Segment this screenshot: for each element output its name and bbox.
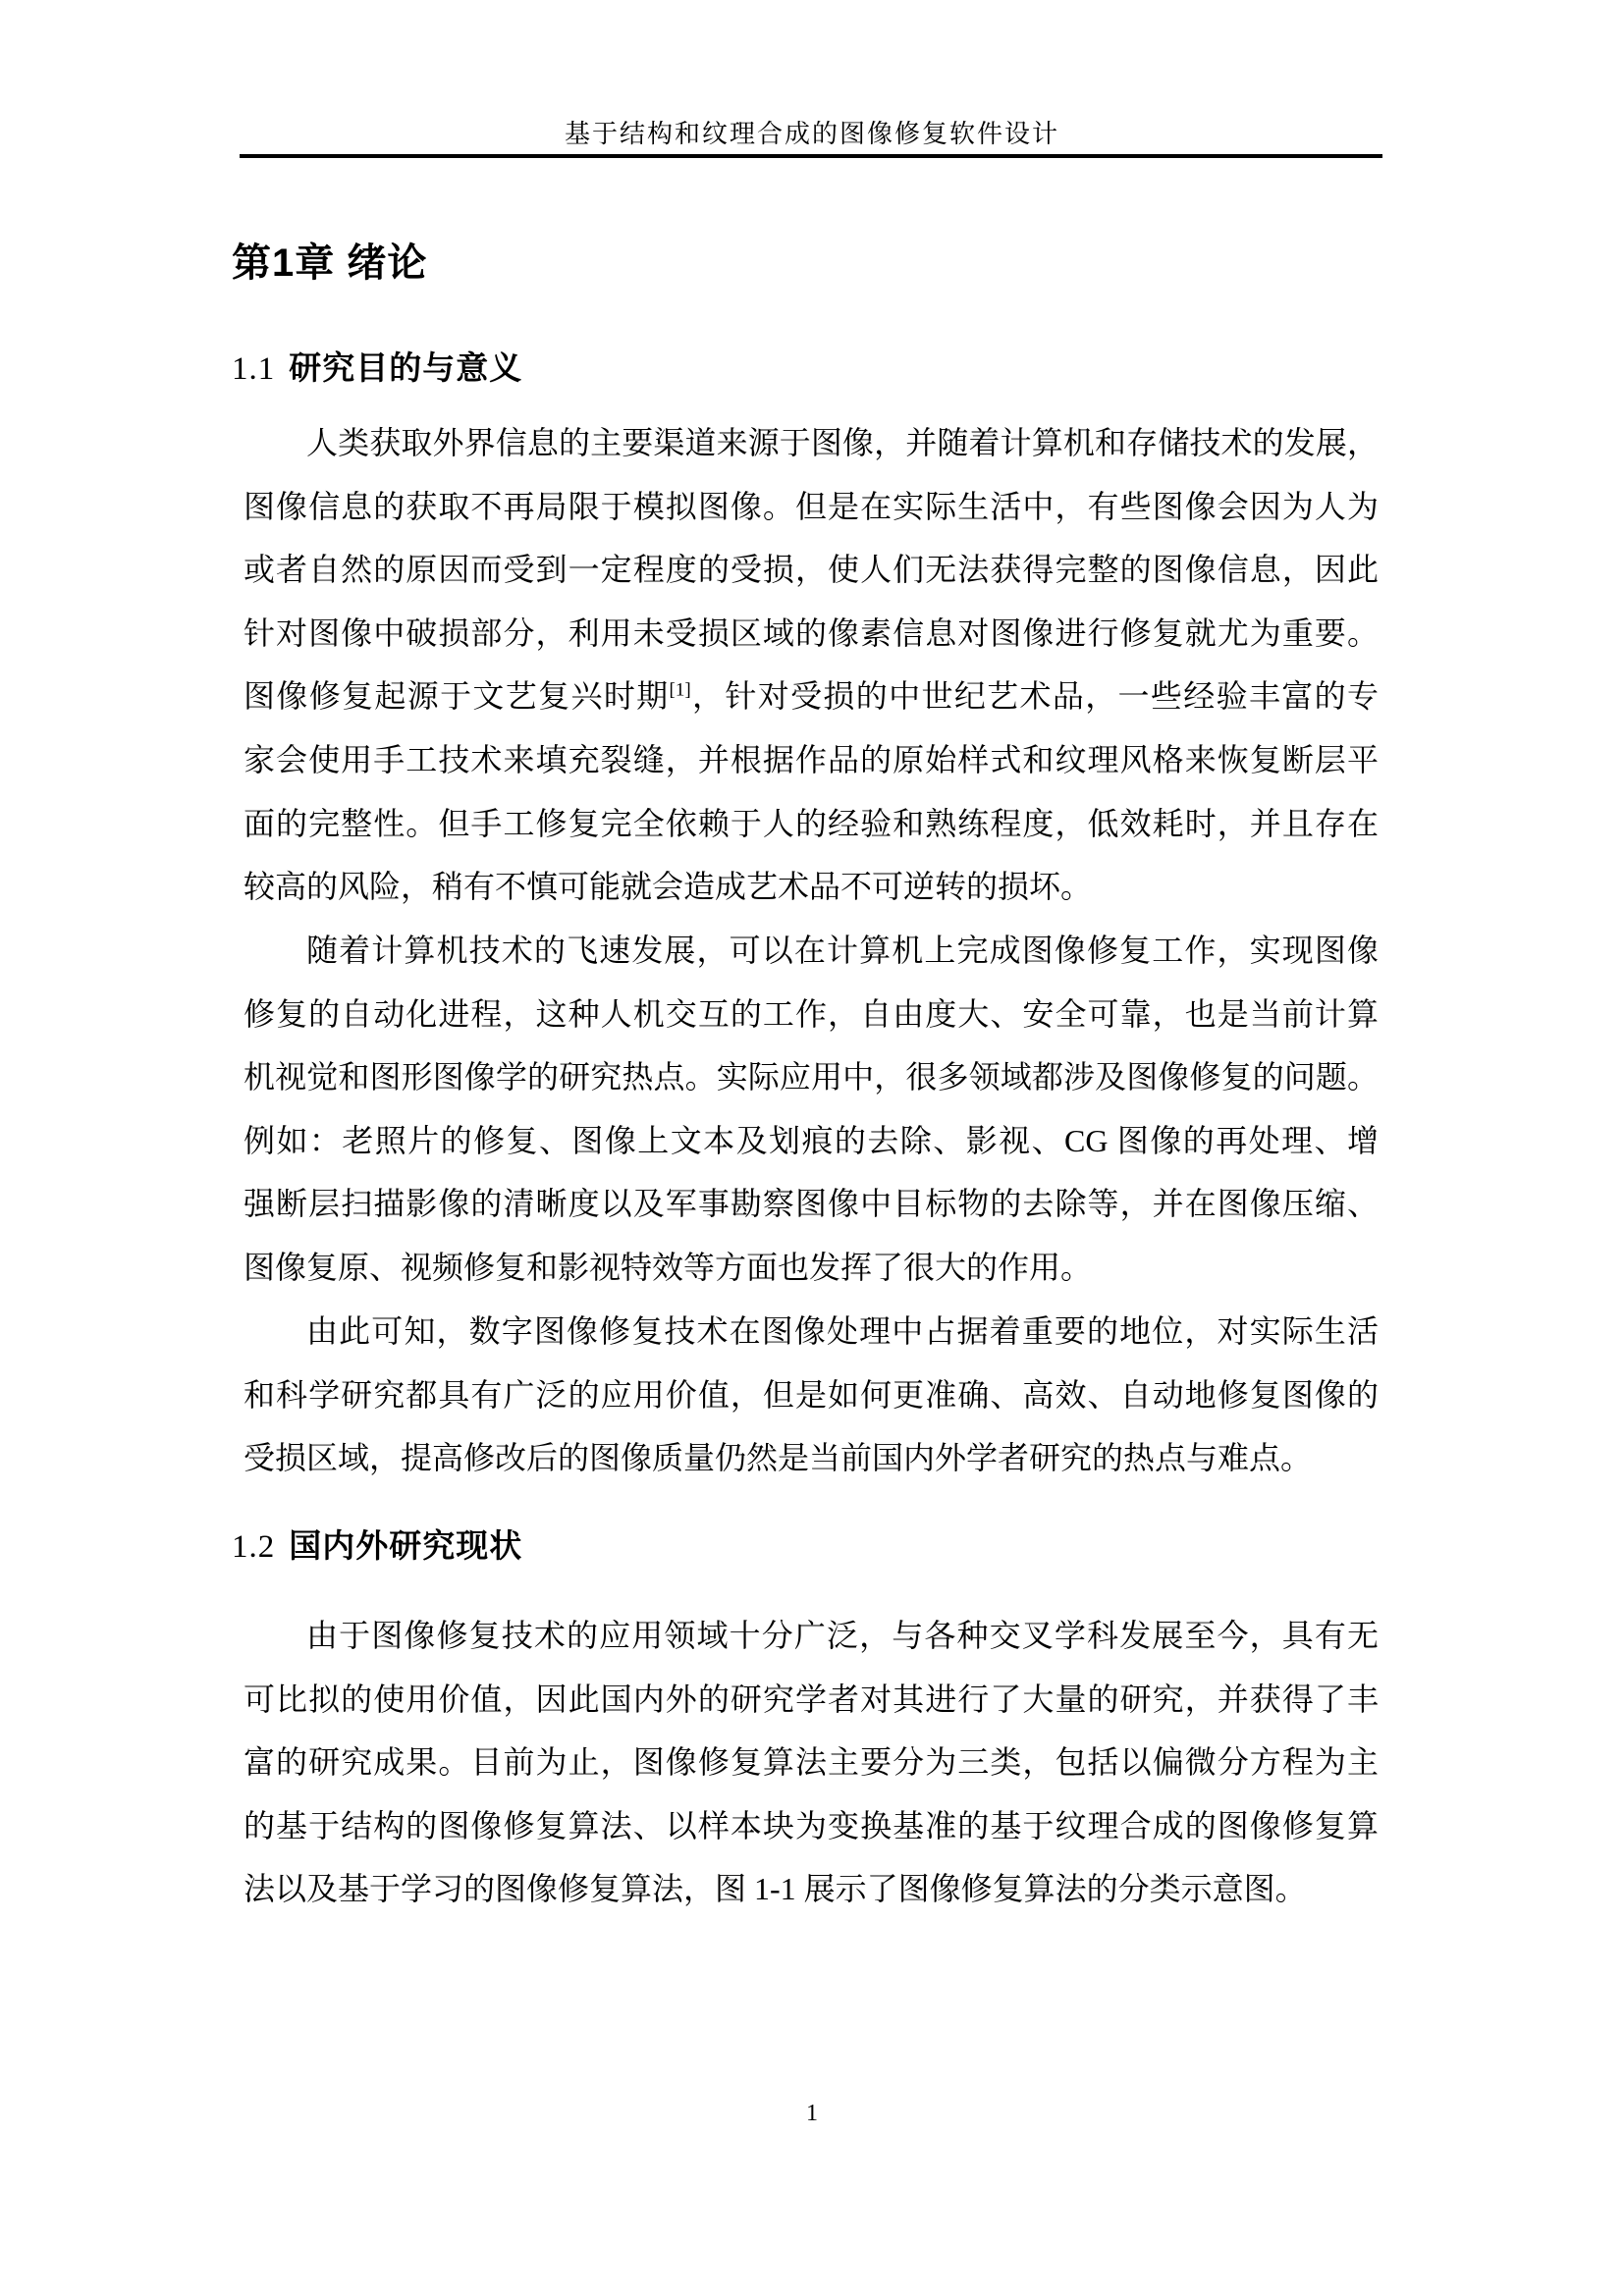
body-line: 的基于结构的图像修复算法、以样本块为变换基准的基于纹理合成的图像修复算 bbox=[244, 1794, 1379, 1858]
page-number: 1 bbox=[0, 2101, 1624, 2127]
citation-ref: [1] bbox=[670, 680, 691, 701]
header-rule bbox=[240, 154, 1382, 158]
body-line: 随着计算机技术的飞速发展，可以在计算机上完成图像修复工作，实现图像 bbox=[244, 919, 1379, 983]
body-line: 由此可知，数字图像修复技术在图像处理中占据着重要的地位，对实际生活 bbox=[244, 1300, 1379, 1363]
paragraph: 由于图像修复技术的应用领域十分广泛，与各种交叉学科发展至今，具有无 可比拟的使用… bbox=[244, 1604, 1379, 1921]
chapter-title: 第1章 绪论 bbox=[232, 232, 427, 288]
paragraph: 随着计算机技术的飞速发展，可以在计算机上完成图像修复工作，实现图像 修复的自动化… bbox=[244, 919, 1379, 1300]
body-line: 图像修复起源于文艺复兴时期[1]，针对受损的中世纪艺术品，一些经验丰富的专 bbox=[244, 665, 1379, 728]
section-title: 国内外研究现状 bbox=[289, 1527, 522, 1564]
body-line: 图像复原、视频修复和影视特效等方面也发挥了很大的作用。 bbox=[244, 1236, 1379, 1300]
body-line: 图像信息的获取不再局限于模拟图像。但是在实际生活中，有些图像会因为人为 bbox=[244, 475, 1379, 539]
body-line: 或者自然的原因而受到一定程度的受损，使人们无法获得完整的图像信息，因此 bbox=[244, 538, 1379, 602]
thesis-page: 基于结构和纹理合成的图像修复软件设计 第1章 绪论 1.1研究目的与意义 人类获… bbox=[0, 0, 1624, 2296]
body-line: 较高的风险，稍有不慎可能就会造成艺术品不可逆转的损坏。 bbox=[244, 855, 1379, 919]
body-line: 面的完整性。但手工修复完全依赖于人的经验和熟练程度，低效耗时，并且存在 bbox=[244, 792, 1379, 856]
body-line: 机视觉和图形图像学的研究热点。实际应用中，很多领域都涉及图像修复的问题。 bbox=[244, 1045, 1379, 1109]
body-line: 强断层扫描影像的清晰度以及军事勘察图像中目标物的去除等，并在图像压缩、 bbox=[244, 1172, 1379, 1236]
body-line: 富的研究成果。目前为止，图像修复算法主要分为三类，包括以偏微分方程为主 bbox=[244, 1731, 1379, 1794]
body-line: 和科学研究都具有广泛的应用价值，但是如何更准确、高效、自动地修复图像的 bbox=[244, 1363, 1379, 1427]
section-number: 1.1 bbox=[232, 351, 275, 387]
body-line: 由于图像修复技术的应用领域十分广泛，与各种交叉学科发展至今，具有无 bbox=[244, 1604, 1379, 1668]
section-number: 1.2 bbox=[232, 1529, 275, 1565]
section-heading-1-2: 1.2国内外研究现状 bbox=[232, 1521, 522, 1567]
line-text: 图像修复起源于文艺复兴时期 bbox=[244, 678, 670, 714]
section-title: 研究目的与意义 bbox=[289, 349, 522, 386]
line-text: ，针对受损的中世纪艺术品，一些经验丰富的专 bbox=[691, 678, 1379, 714]
running-header-title: 基于结构和纹理合成的图像修复软件设计 bbox=[0, 114, 1624, 150]
body-line: 受损区域，提高修改后的图像质量仍然是当前国内外学者研究的热点与难点。 bbox=[244, 1426, 1379, 1490]
body-line: 家会使用手工技术来填充裂缝，并根据作品的原始样式和纹理风格来恢复断层平 bbox=[244, 728, 1379, 792]
paragraph: 由此可知，数字图像修复技术在图像处理中占据着重要的地位，对实际生活 和科学研究都… bbox=[244, 1300, 1379, 1490]
body-line: 人类获取外界信息的主要渠道来源于图像，并随着计算机和存储技术的发展， bbox=[244, 411, 1379, 475]
body-line: 法以及基于学习的图像修复算法，图 1-1 展示了图像修复算法的分类示意图。 bbox=[244, 1857, 1379, 1921]
body-line: 针对图像中破损部分，利用未受损区域的像素信息对图像进行修复就尤为重要。 bbox=[244, 602, 1379, 666]
paragraph: 人类获取外界信息的主要渠道来源于图像，并随着计算机和存储技术的发展， 图像信息的… bbox=[244, 411, 1379, 919]
body-line: 例如：老照片的修复、图像上文本及划痕的去除、影视、CG 图像的再处理、增 bbox=[244, 1109, 1379, 1173]
section-heading-1-1: 1.1研究目的与意义 bbox=[232, 343, 522, 389]
body-line: 修复的自动化进程，这种人机交互的工作，自由度大、安全可靠，也是当前计算 bbox=[244, 983, 1379, 1046]
body-line: 可比拟的使用价值，因此国内外的研究学者对其进行了大量的研究，并获得了丰 bbox=[244, 1668, 1379, 1732]
